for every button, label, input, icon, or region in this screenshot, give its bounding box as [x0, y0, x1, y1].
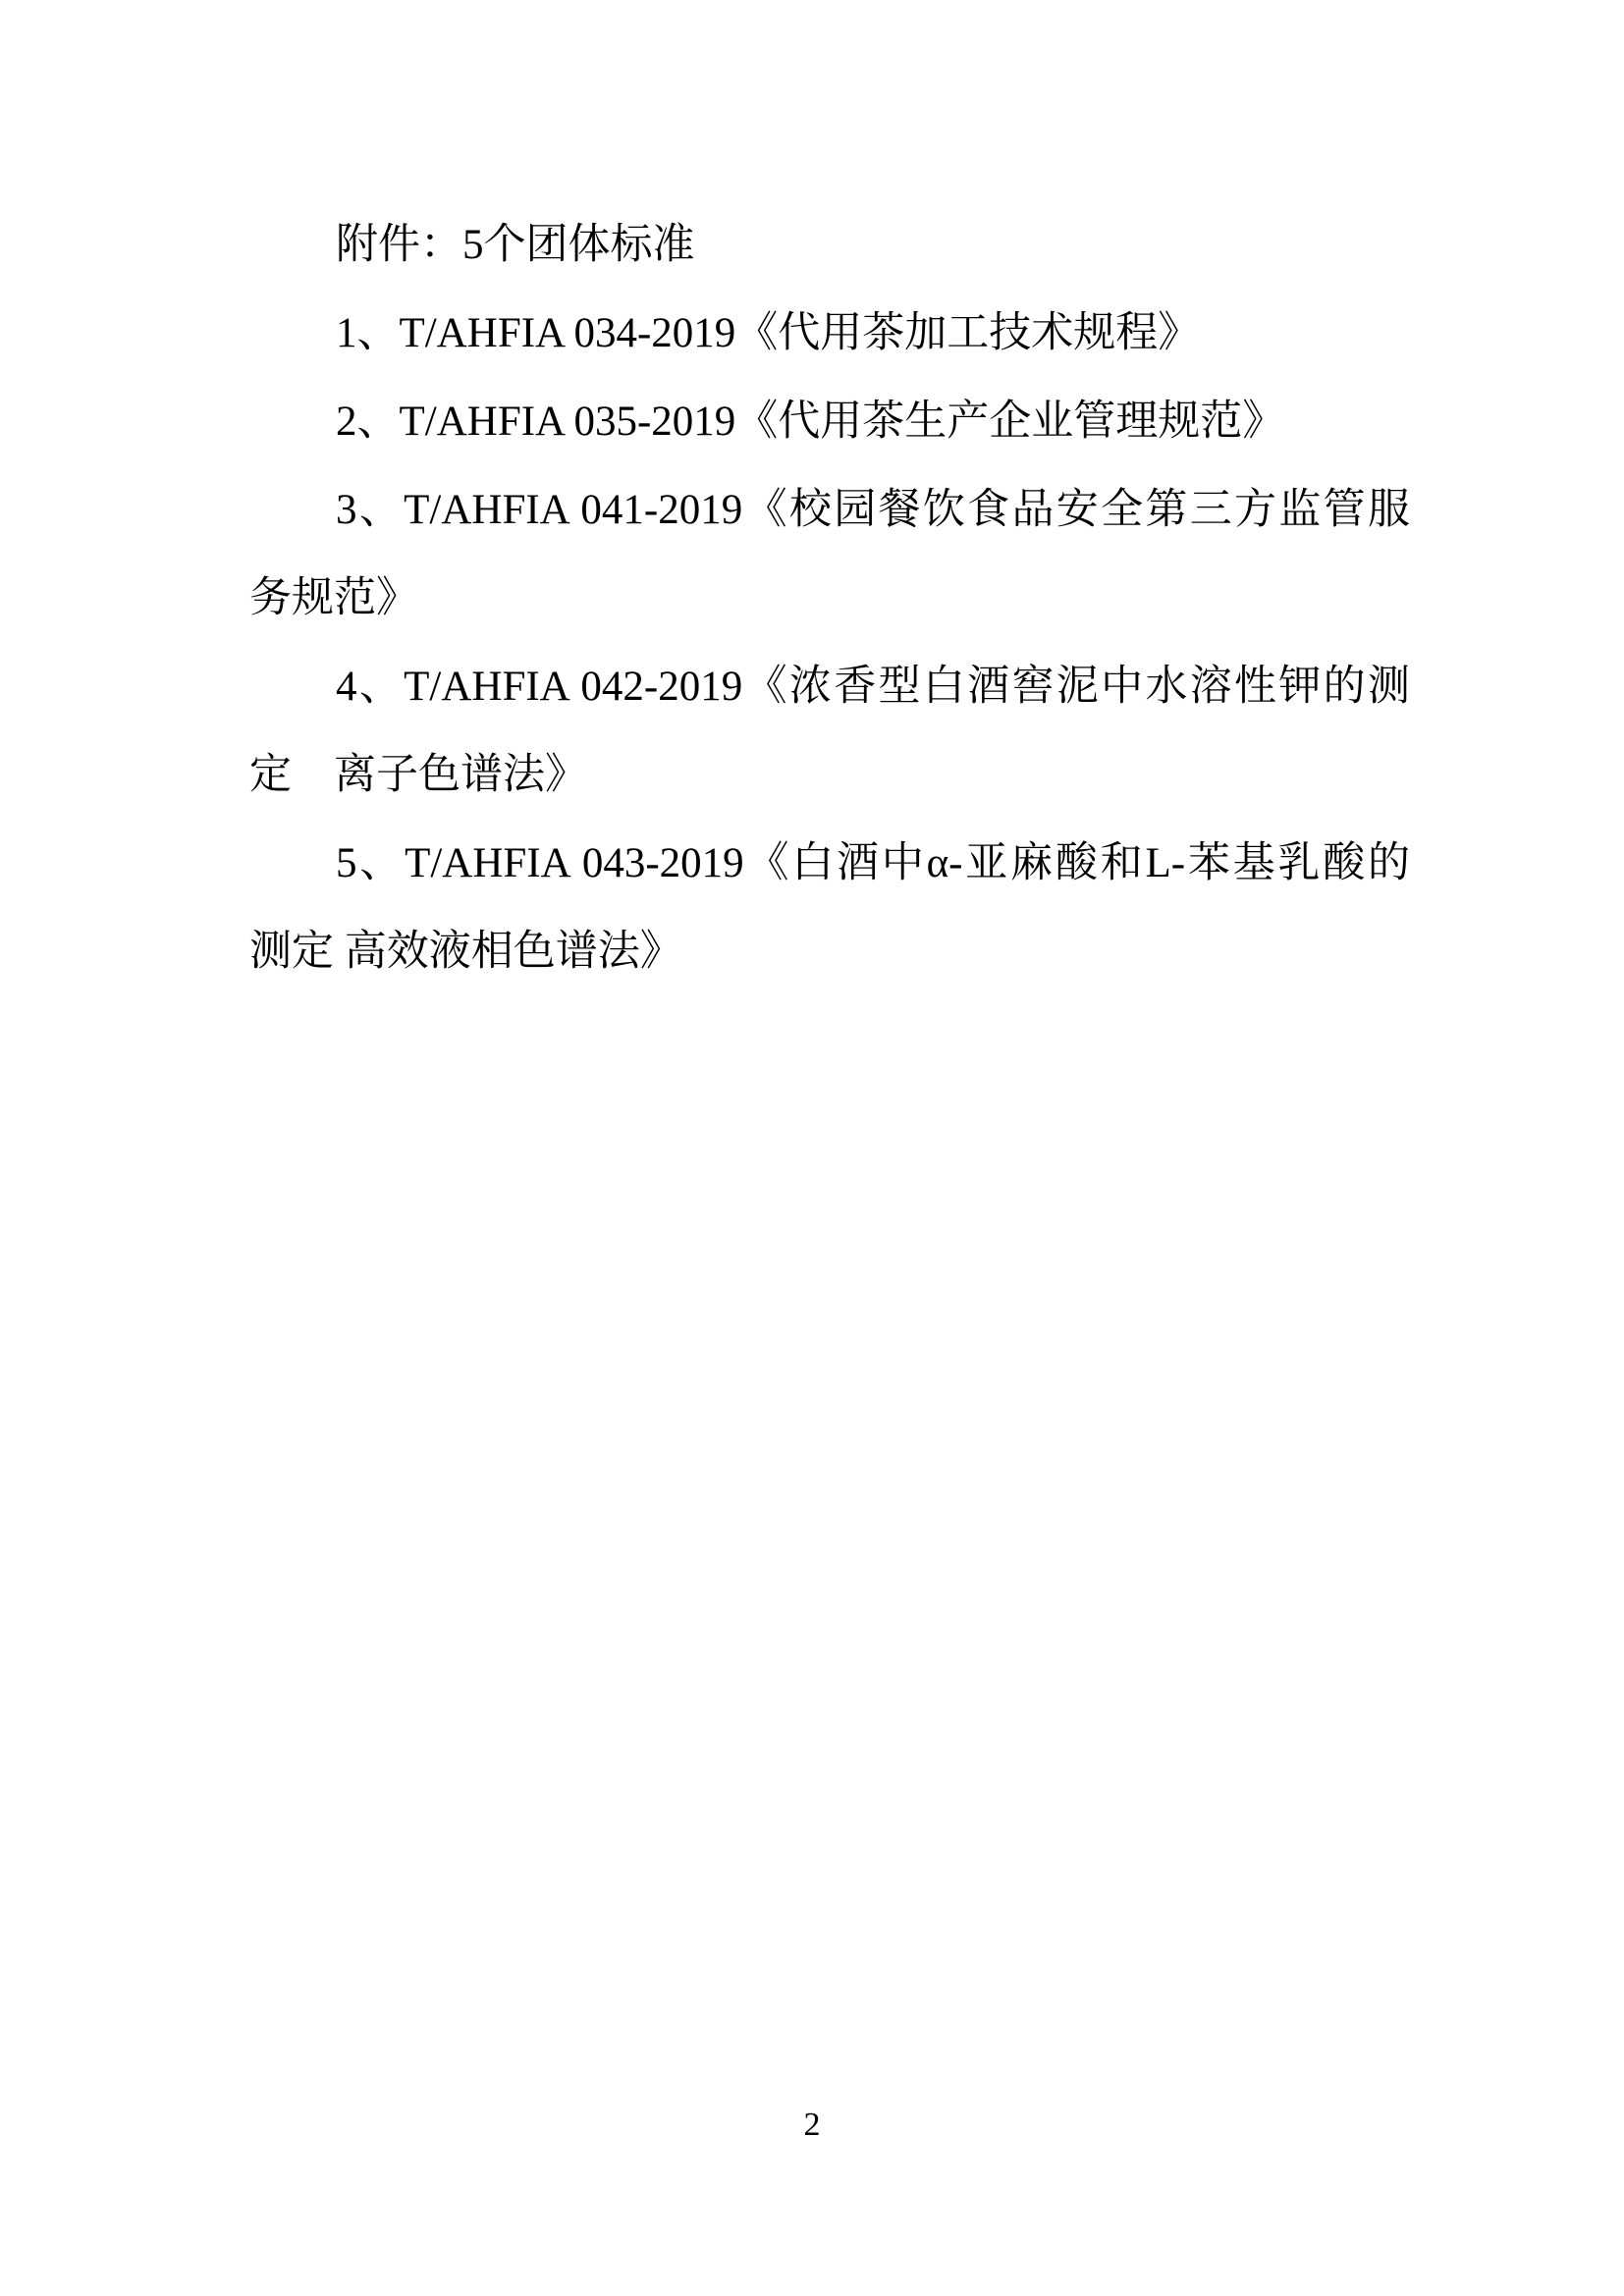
standard-item-3-line2: 务规范》	[249, 555, 1410, 643]
document-page: 附件：5个团体标准 1、T/AHFIA 034-2019《代用茶加工技术规程》 …	[0, 0, 1624, 2296]
page-number: 2	[804, 2107, 821, 2143]
standard-item-4-line1: 4、T/AHFIA 042-2019《浓香型白酒窖泥中水溶性钾的测	[249, 643, 1410, 731]
standard-item-5-line2: 测定 高效液相色谱法》	[249, 908, 1410, 996]
standard-item-4-line2: 定 离子色谱法》	[249, 731, 1410, 820]
standard-item-2: 2、T/AHFIA 035-2019《代用茶生产企业管理规范》	[249, 378, 1410, 466]
standard-item-1: 1、T/AHFIA 034-2019《代用茶加工技术规程》	[249, 290, 1410, 378]
attachment-heading: 附件：5个团体标准	[249, 201, 1410, 290]
standard-item-3-line1: 3、T/AHFIA 041-2019《校园餐饮食品安全第三方监管服	[249, 466, 1410, 555]
attachment-body: 附件：5个团体标准 1、T/AHFIA 034-2019《代用茶加工技术规程》 …	[249, 201, 1410, 996]
page-footer: 2	[0, 2101, 1624, 2150]
standard-item-5-line1: 5、T/AHFIA 043-2019《白酒中α-亚麻酸和L-苯基乳酸的	[249, 820, 1410, 908]
